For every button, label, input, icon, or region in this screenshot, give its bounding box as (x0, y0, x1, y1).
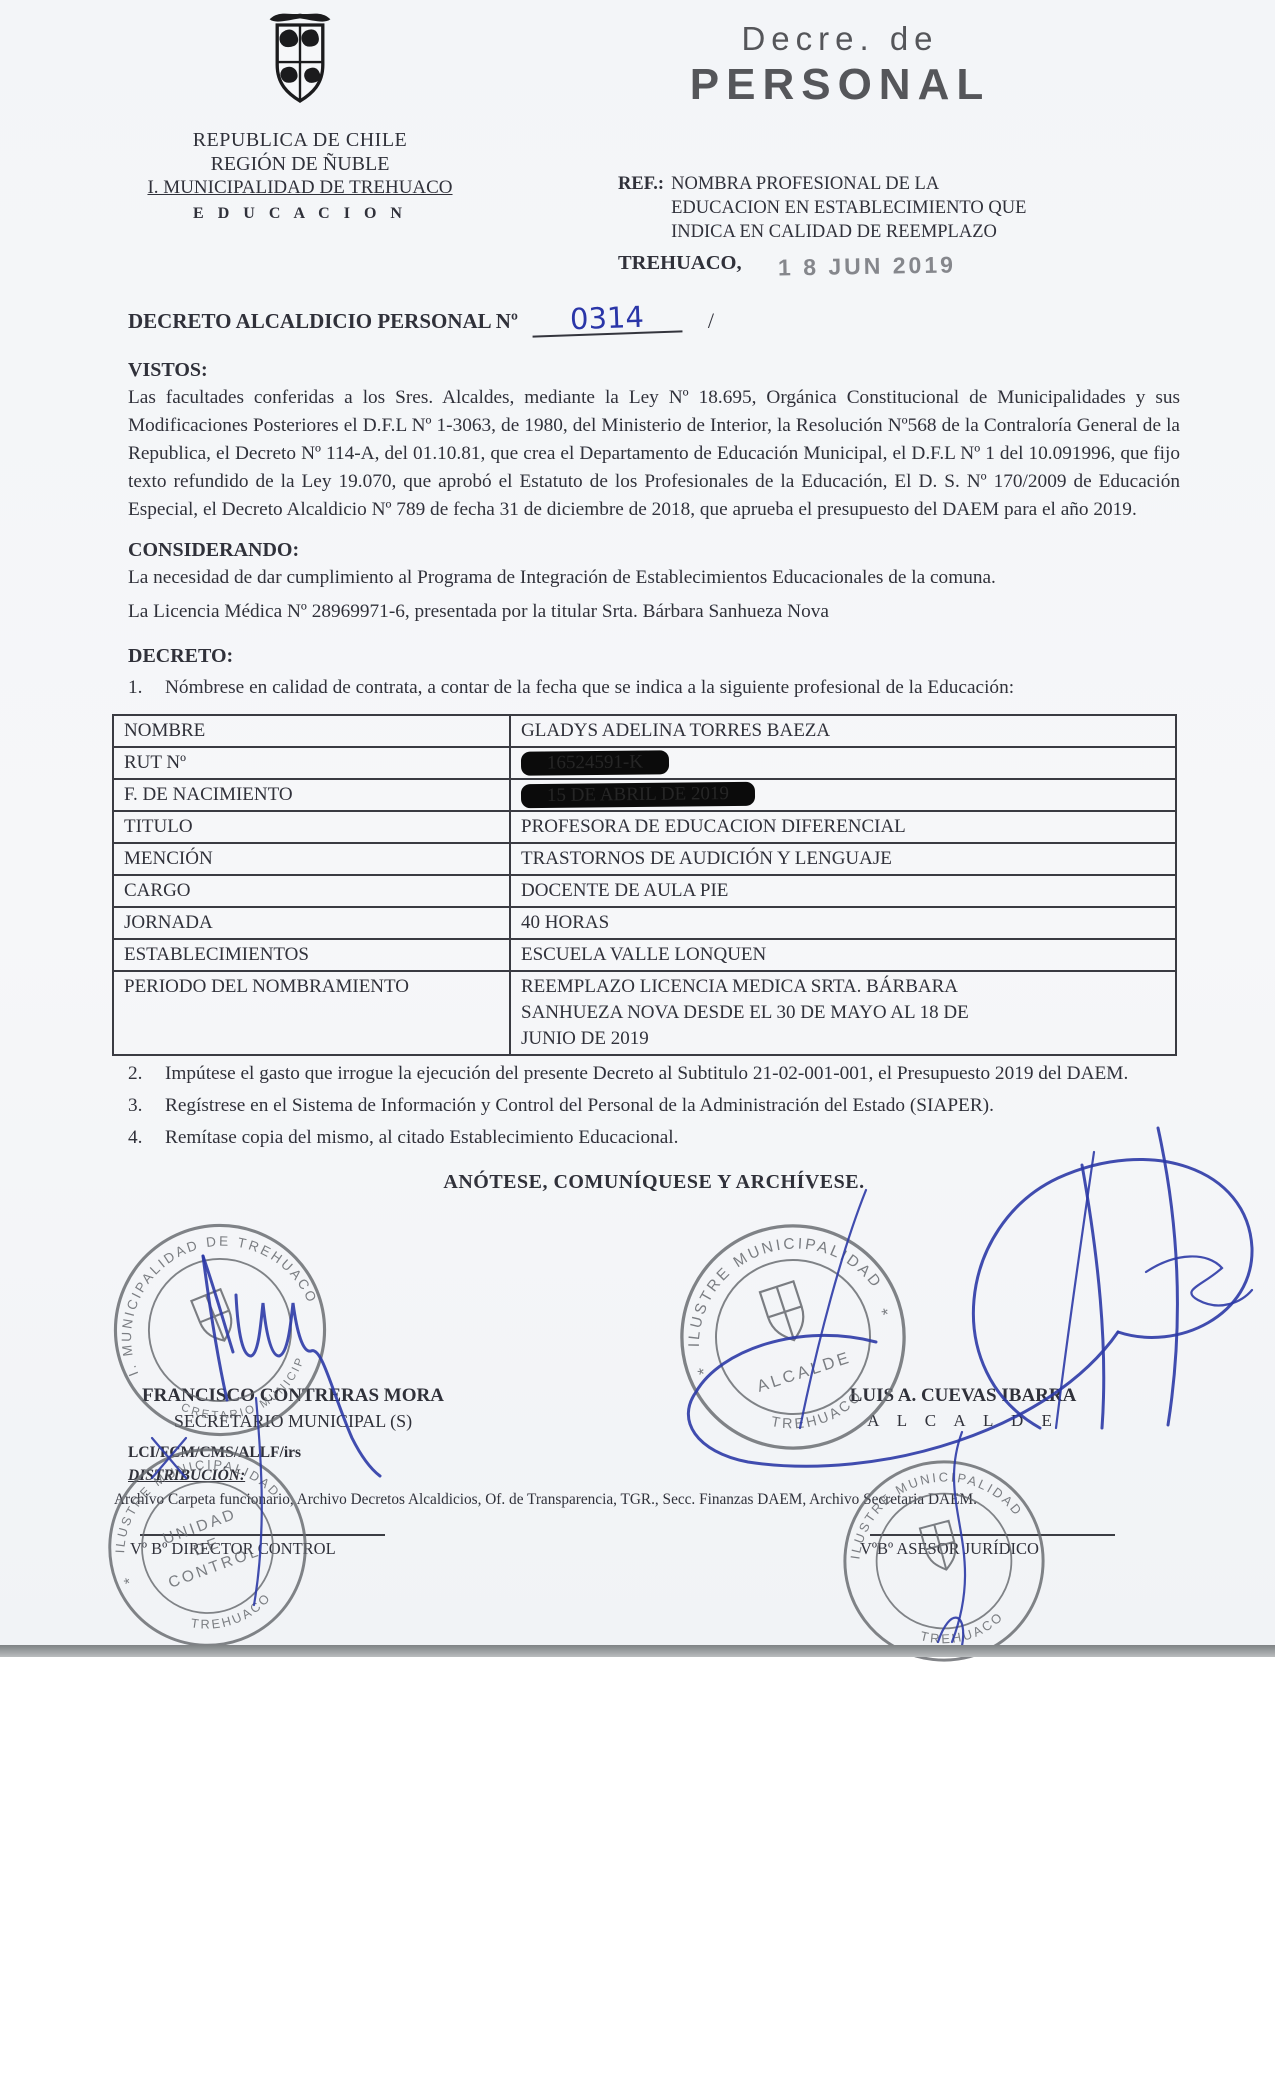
row-value: REEMPLAZO LICENCIA MEDICA SRTA. BÁRBARA … (510, 971, 1176, 1055)
row-label: ESTABLECIMIENTOS (113, 939, 510, 971)
stamp-alcalde-label: ALCALDE (755, 1348, 854, 1395)
header-left-block: REPUBLICA DE CHILE REGIÓN DE ÑUBLE I. MU… (105, 6, 495, 226)
row-label: NOMBRE (113, 715, 510, 747)
item-number: 1. (128, 674, 165, 702)
row-value-redacted: 15 DE ABRIL DE 2019 (510, 779, 1176, 811)
table-row: MENCIÓN TRASTORNOS DE AUDICIÓN Y LENGUAJ… (113, 843, 1176, 875)
stamp-ring-text: TREHUACO (765, 1385, 870, 1443)
vistos-paragraph: Las facultades conferidas a los Sres. Al… (128, 384, 1180, 524)
mayor-round-stamp: ILUSTRE MUNICIPALIDAD TREHUACO ALCALDE *… (639, 1181, 946, 1494)
row-label: JORNADA (113, 907, 510, 939)
item-number: 3. (128, 1092, 165, 1120)
header-municipality: I. MUNICIPALIDAD DE TREHUACO (105, 176, 495, 200)
row-label: RUT Nº (113, 747, 510, 779)
considerando-p2: La Licencia Médica Nº 28969971-6, presen… (128, 598, 1180, 626)
considerando-heading: CONSIDERANDO: (128, 536, 1180, 564)
table-row: PERIODO DEL NOMBRAMIENTO REEMPLAZO LICEN… (113, 971, 1176, 1055)
row-value: GLADYS ADELINA TORRES BAEZA (510, 715, 1176, 747)
decree-item-3: 3. Regístrese en el Sistema de Informaci… (128, 1092, 1180, 1120)
decree-label: DECRETO ALCALDICIO PERSONAL Nº (128, 309, 518, 333)
considerando-p1: La necesidad de dar cumplimiento al Prog… (128, 564, 1180, 592)
decree-item-1: 1. Nómbrese en calidad de contrata, a co… (128, 674, 1180, 702)
ref-text: NOMBRA PROFESIONAL DE LA EDUCACION EN ES… (671, 172, 1038, 244)
control-unit-round-stamp: ILUSTRE MUNICIPALIDAD TREHUACO UNIDAD DE… (70, 1410, 346, 1686)
stamp-ring-text: SECRETARIO MUNICIPAL (153, 1296, 319, 1442)
header-region: REGIÓN DE ÑUBLE (105, 152, 495, 176)
paper-scan: REPUBLICA DE CHILE REGIÓN DE ÑUBLE I. MU… (0, 0, 1275, 1645)
date-stamp: 1 8 JUN 2019 (778, 251, 956, 281)
decreto-heading: DECRETO: (128, 642, 1180, 670)
row-value: ESCUELA VALLE LONQUEN (510, 939, 1176, 971)
table-row: TITULO PROFESORA DE EDUCACION DIFERENCIA… (113, 811, 1176, 843)
row-value: TRASTORNOS DE AUDICIÓN Y LENGUAJE (510, 843, 1176, 875)
header-department: E D U C A C I O N (105, 202, 495, 226)
stamp-ring-text: TREHUACO (186, 1588, 279, 1642)
personnel-decree-stamp: Decre. de PERSONAL (645, 20, 1035, 110)
svg-text:TREHUACO: TREHUACO (765, 1385, 870, 1443)
row-value: DOCENTE DE AULA PIE (510, 875, 1176, 907)
row-label: MENCIÓN (113, 843, 510, 875)
decree-number-handwritten: 0314 (531, 300, 682, 337)
row-label: TITULO (113, 811, 510, 843)
redaction-bar: 15 DE ABRIL DE 2019 (521, 782, 755, 808)
table-row: CARGO DOCENTE DE AULA PIE (113, 875, 1176, 907)
place-label: TREHUACO, (618, 252, 742, 274)
stamp-line2: PERSONAL (645, 60, 1035, 110)
document-body: VISTOS: Las facultades conferidas a los … (128, 356, 1180, 1196)
item-text: Remítase copia del mismo, al citado Esta… (165, 1124, 1180, 1152)
redaction-bar: 16524591-K (521, 750, 669, 776)
row-value-redacted: 16524591-K (510, 747, 1176, 779)
row-label: F. DE NACIMIENTO (113, 779, 510, 811)
item-number: 2. (128, 1060, 165, 1088)
item-text: Regístrese en el Sistema de Información … (165, 1092, 1180, 1120)
table-row: JORNADA 40 HORAS (113, 907, 1176, 939)
row-value: PROFESORA DE EDUCACION DIFERENCIAL (510, 811, 1176, 843)
item-number: 4. (128, 1124, 165, 1152)
decree-item-2: 2. Impútese el gasto que irrogue la ejec… (128, 1060, 1180, 1088)
decree-item-4: 4. Remítase copia del mismo, al citado E… (128, 1124, 1180, 1152)
row-label: CARGO (113, 875, 510, 907)
scan-edge-band (0, 1645, 1275, 1657)
row-label: PERIODO DEL NOMBRAMIENTO (113, 971, 510, 1055)
chile-coat-of-arms-icon (252, 6, 348, 120)
decree-slash: / (708, 308, 714, 333)
svg-text:TREHUACO: TREHUACO (186, 1588, 279, 1642)
table-row: NOMBRE GLADYS ADELINA TORRES BAEZA (113, 715, 1176, 747)
stamp-star: * (122, 1574, 136, 1593)
scanned-decree-page: REPUBLICA DE CHILE REGIÓN DE ÑUBLE I. MU… (0, 0, 1275, 2100)
svg-text:SECRETARIO MUNICIPAL: SECRETARIO MUNICIPAL (153, 1296, 319, 1442)
stamp-line1: Decre. de (645, 20, 1035, 58)
vistos-heading: VISTOS: (128, 356, 1180, 384)
item-text: Impútese el gasto que irrogue la ejecuci… (165, 1060, 1180, 1088)
dateline: TREHUACO, 1 8 JUN 2019 (618, 252, 1098, 275)
stamp-star: * (695, 1363, 711, 1385)
table-row: F. DE NACIMIENTO 15 DE ABRIL DE 2019 (113, 779, 1176, 811)
header-country: REPUBLICA DE CHILE (105, 128, 495, 152)
item-text: Nómbrese en calidad de contrata, a conta… (165, 674, 1180, 702)
stamp-star: * (879, 1303, 895, 1325)
table-row: ESTABLECIMIENTOS ESCUELA VALLE LONQUEN (113, 939, 1176, 971)
table-row: RUT Nº 16524591-K (113, 747, 1176, 779)
ref-block: REF.: NOMBRA PROFESIONAL DE LA EDUCACION… (618, 172, 1038, 244)
decree-number-line: DECRETO ALCALDICIO PERSONAL Nº0314/ (128, 303, 714, 335)
appointment-table: NOMBRE GLADYS ADELINA TORRES BAEZA RUT N… (112, 714, 1177, 1056)
row-value: 40 HORAS (510, 907, 1176, 939)
ref-label: REF.: (618, 172, 664, 244)
